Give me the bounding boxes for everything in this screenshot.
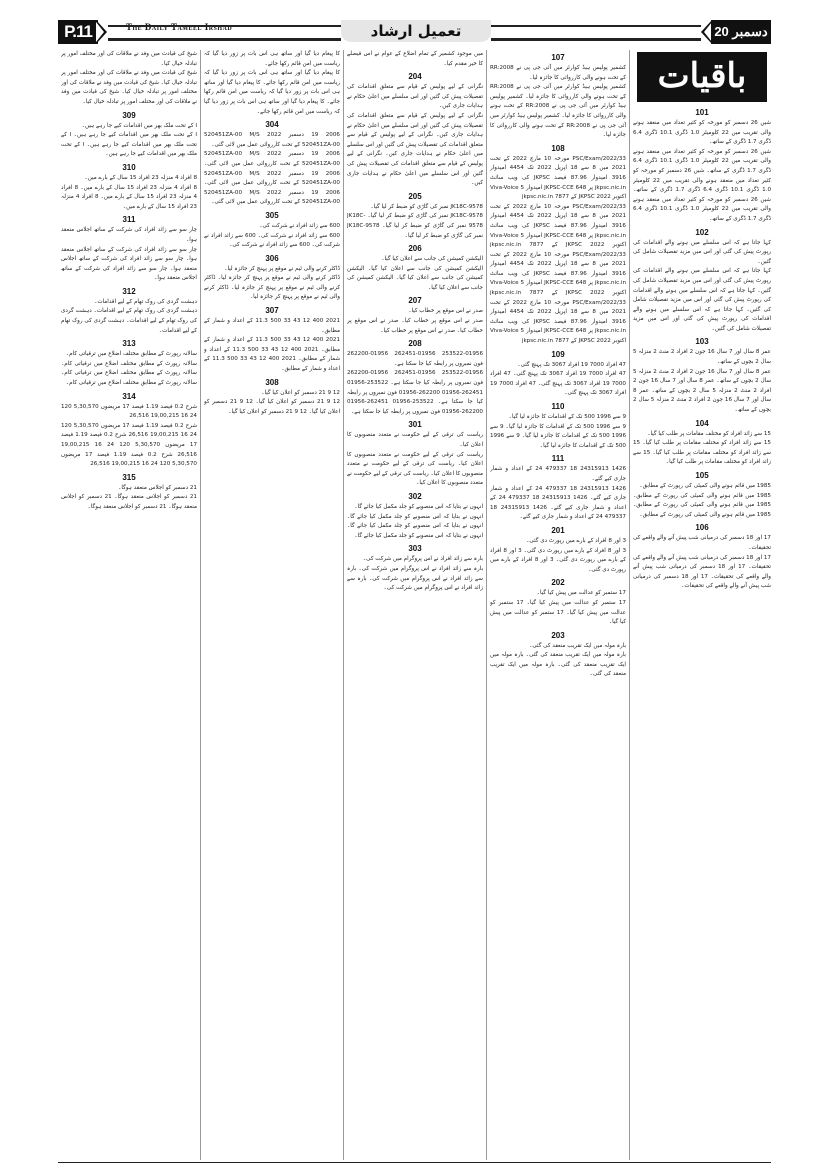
article-text-continued: 17 ستمبر کو عدالت میں پیش کیا گیا۔ 17 ست…: [490, 599, 626, 628]
article-text: 3 اور 8 افراد کے بارے میں رپورٹ دی گئی۔: [490, 537, 626, 547]
article-section: 311چار سو سے زائد افراد کی شرکت کے ساتھ …: [61, 215, 197, 284]
article-text: 9 سے 1996 500 تک کے اقدامات کا جائزہ لیا…: [490, 413, 626, 423]
section-number: 207: [347, 296, 483, 305]
section-number: 304: [204, 120, 340, 129]
article-text: I کے تحت ملک بھر میں اقدامات کیے جا رہے …: [61, 122, 197, 132]
article-text-continued: 253522-01956 262451-01956 262200-01956 ف…: [347, 369, 483, 417]
article-section: 3042006 19 دسمبر 2022 520451ZA-00 M/S 52…: [204, 120, 340, 208]
article-text: عمر 8 سال اور 7 سال 16 جون 2 افراد 2 منٹ…: [633, 348, 771, 367]
column-divider: [629, 50, 630, 1160]
article-text-continued: 8 افراد 4 منزلہ 23 افراد 15 سال کے بارے …: [61, 184, 197, 213]
article-text: انہوں نے بتایا کہ اس منصوبے کو جلد مکمل …: [347, 503, 483, 513]
section-number: 303: [347, 544, 483, 553]
section-number: 105: [633, 471, 771, 480]
section-number: 102: [633, 228, 771, 237]
article-section: 20217 ستمبر کو عدالت میں پیش کیا گیا۔17 …: [490, 578, 626, 627]
article-text: 12 9 21 دسمبر کو اعلان کیا گیا۔: [204, 389, 340, 399]
article-text-continued: PSC/Exam/2022/33 مورخہ 10 مارچ 2022 کے ت…: [490, 203, 626, 347]
section-number: 208: [347, 339, 483, 348]
column-divider: [486, 50, 487, 1160]
article-text: دہشت گردی کی روک تھام کے لیے اقدامات۔: [61, 298, 197, 308]
column-divider: [200, 50, 201, 1160]
article-section: 205JK18C-9578 نمبر کی گاڑی کو ضبط کر لیا…: [347, 192, 483, 241]
article-section: 31521 دسمبر کو اجلاس منعقد ہوگا۔21 دسمبر…: [61, 473, 197, 513]
article-text: نگرانی کے لیے پولیس کے قیام سے متعلق اقد…: [347, 83, 483, 112]
article-text: میں موجود کشمیر کے تمام اضلاع کے عوام نے…: [347, 50, 483, 69]
article-text: PSC/Exam/2022/33 مورخہ 10 مارچ 2022 کے ت…: [490, 155, 626, 203]
article-text-continued: 17 اور 18 دسمبر کی درمیانی شب پیش آنے وا…: [633, 554, 771, 592]
article-text: 1426 24315913 18 479337 24 کے اعداد و شم…: [490, 465, 626, 484]
article-text: 47 افراد 7000 19 افراد 3067 تک پہنچ گئی۔: [490, 361, 626, 371]
article-section: 3072021 400 12 43 33 500 11.3 کے اعداد و…: [204, 306, 340, 375]
newspaper-page: P.11 The Daily Tameel Irshad تعمیل ارشاد…: [58, 20, 771, 1166]
article-text-continued: نگرانی کے لیے پولیس کے قیام سے متعلق اقد…: [347, 112, 483, 189]
masthead-rule-right: [491, 25, 701, 27]
article-text: 8 افراد 4 منزلہ 23 افراد 15 سال کے بارے …: [61, 174, 197, 184]
article-section: 203بارہ مولہ میں ایک تقریب منعقد کی گئی۔…: [490, 631, 626, 680]
article-section: 207صدر نے اس موقع پر خطاب کیا۔صدر نے اس …: [347, 296, 483, 336]
section-number: 301: [347, 420, 483, 429]
article-text-continued: 600 سے زائد افراد نے شرکت کی۔ 600 سے زائ…: [204, 232, 340, 251]
article-text-continued: 15 سے زائد افراد کو مختلف مقامات پر طلب …: [633, 439, 771, 468]
paper-name: The Daily Tameel Irshad: [126, 22, 232, 32]
page-bottom-rule: [58, 1162, 771, 1163]
article-text-continued: 3 اور 8 افراد کے بارے میں رپورٹ دی گئی۔ …: [490, 547, 626, 576]
article-section: 313سالانہ رپورٹ کے مطابق مختلف اضلاع میں…: [61, 339, 197, 388]
article-text: چار سو سے زائد افراد کی شرکت کے ساتھ اجل…: [61, 226, 197, 245]
article-text: 600 سے زائد افراد نے شرکت کی۔: [204, 222, 340, 232]
article-section: 30812 9 21 دسمبر کو اعلان کیا گیا۔12 9 2…: [204, 378, 340, 418]
article-section: 208253522-01956 262451-01956 262200-0195…: [347, 339, 483, 417]
article-section: 301ریاست کی ترقی کے لیے حکومت نے متعدد م…: [347, 420, 483, 489]
masthead-rule-left: [108, 25, 341, 27]
page-number-badge: P.11: [58, 20, 98, 44]
article-text-continued: 21 دسمبر کو اجلاس منعقد ہوگا۔ 21 دسمبر ک…: [61, 493, 197, 512]
section-number: 110: [490, 402, 626, 411]
article-text-continued: بارہ سے زائد افراد نے اس پروگرام میں شرک…: [347, 565, 483, 594]
article-text: JK18C-9578 نمبر کی گاڑی کو ضبط کر لیا گی…: [347, 203, 483, 213]
article-section: 314شرح 0.2 فیصد 1.19 فیصد 17 مریضوں 5,30…: [61, 392, 197, 470]
section-number: 312: [61, 287, 197, 296]
article-section: 206الیکشن کمیشن کی جانب سے اعلان کیا گیا…: [347, 244, 483, 293]
section-number: 203: [490, 631, 626, 640]
article-section: 108PSC/Exam/2022/33 مورخہ 10 مارچ 2022 ک…: [490, 144, 626, 347]
article-section: کا پیغام دیا گیا اور ساتھ ہی اس بات پر ز…: [204, 50, 340, 117]
article-text-continued: 1426 24315913 18 479337 24 کے اعداد و شم…: [490, 485, 626, 523]
article-text: شرح 0.2 فیصد 1.19 فیصد 17 مریضوں 5,30,57…: [61, 403, 197, 422]
article-section: شیخ کی قیادت میں وفد نے ملاقات کی اور مخ…: [61, 50, 197, 108]
column-left: شیخ کی قیادت میں وفد نے ملاقات کی اور مخ…: [61, 50, 197, 1160]
article-text: 2006 19 دسمبر 2022 520451ZA-00 M/S 52045…: [204, 131, 340, 150]
section-number: 107: [490, 53, 626, 62]
article-text: بارہ مولہ میں ایک تقریب منعقد کی گئی۔: [490, 642, 626, 652]
article-text-continued: JK18C-9578 نمبر کی گاڑی کو ضبط کر لیا گی…: [347, 212, 483, 241]
article-text: 15 سے زائد افراد کو مختلف مقامات پر طلب …: [633, 430, 771, 440]
article-section: 305600 سے زائد افراد نے شرکت کی۔600 سے ز…: [204, 211, 340, 251]
masthead-rule-right-thick: [491, 38, 701, 41]
article-section: 309I کے تحت ملک بھر میں اقدامات کیے جا ر…: [61, 111, 197, 160]
article-text: صدر نے اس موقع پر خطاب کیا۔: [347, 307, 483, 317]
section-number: 106: [633, 523, 771, 532]
baqiyat-heading: باقیات: [637, 52, 767, 102]
article-text-continued: کشمیر پولیس ہیڈ کوارٹر میں آئی جی پی نے …: [490, 83, 626, 141]
article-text-continued: چار سو سے زائد افراد کی شرکت کے ساتھ اجل…: [61, 246, 197, 284]
section-number: 108: [490, 144, 626, 153]
article-text-continued: 1985 میں قائم ہونے والی کمیٹی کی رپورٹ ک…: [633, 492, 771, 521]
article-section: 204نگرانی کے لیے پولیس کے قیام سے متعلق …: [347, 72, 483, 189]
article-text-continued: 9 سے 1996 500 تک کے اقدامات کا جائزہ لیا…: [490, 423, 626, 452]
section-number: 111: [490, 454, 626, 463]
article-section: 302انہوں نے بتایا کہ اس منصوبے کو جلد مک…: [347, 492, 483, 541]
article-section: 107کشمیر پولیس ہیڈ کوارٹر میں آئی جی پی …: [490, 53, 626, 141]
article-section: 103 عمر 8 سال اور 7 سال 16 جون 2 افراد 2…: [633, 337, 771, 415]
section-number: 305: [204, 211, 340, 220]
article-text: ریاست کی ترقی کے لیے حکومت نے متعدد منصو…: [347, 431, 483, 450]
column-4: 107کشمیر پولیس ہیڈ کوارٹر میں آئی جی پی …: [490, 50, 626, 1160]
section-number: 311: [61, 215, 197, 224]
article-section: 1111426 24315913 18 479337 24 کے اعداد و…: [490, 454, 626, 523]
article-text: 1985 میں قائم ہونے والی کمیٹی کی رپورٹ ک…: [633, 482, 771, 492]
column-2: کا پیغام دیا گیا اور ساتھ ہی اس بات پر ز…: [204, 50, 340, 1160]
section-number: 201: [490, 526, 626, 535]
article-text: کہا جاتا ہے کہ اس سلسلے میں ہونے والے اق…: [633, 239, 771, 268]
section-number: 104: [633, 419, 771, 428]
article-text: کا پیغام دیا گیا اور ساتھ ہی اس بات پر ز…: [204, 50, 340, 69]
article-text-continued: الیکشن کمیشن کی جانب سے اعلان کیا گیا۔ ا…: [347, 265, 483, 294]
article-text: کشمیر پولیس ہیڈ کوارٹر میں آئی جی پی نے …: [490, 64, 626, 83]
issue-date: 20 دسمبر 2022: [711, 20, 771, 44]
article-section: 306ڈاکٹر کرنے والی ٹیم نے موقع پر پہنچ ک…: [204, 254, 340, 303]
article-section: 1109 سے 1996 500 تک کے اقدامات کا جائزہ …: [490, 402, 626, 451]
section-title: تعمیل ارشاد: [341, 20, 491, 42]
article-section: 312دہشت گردی کی روک تھام کے لیے اقدامات۔…: [61, 287, 197, 336]
article-text-continued: دہشت گردی کی روک تھام کے لیے اقدامات۔ دہ…: [61, 307, 197, 336]
article-section: 3108 افراد 4 منزلہ 23 افراد 15 سال کے با…: [61, 163, 197, 212]
article-text-continued: سالانہ رپورٹ کے مطابق مختلف اضلاع میں تر…: [61, 360, 197, 389]
article-text: 17 ستمبر کو عدالت میں پیش کیا گیا۔: [490, 589, 626, 599]
section-number: 205: [347, 192, 483, 201]
article-section: 105 1985 میں قائم ہونے والی کمیٹی کی رپو…: [633, 471, 771, 520]
article-text-continued: I کے تحت ملک بھر میں اقدامات کیے جا رہے …: [61, 131, 197, 160]
section-number: 202: [490, 578, 626, 587]
article-text-continued: ریاست کی ترقی کے لیے حکومت نے متعدد منصو…: [347, 451, 483, 489]
article-text-continued: 2006 19 دسمبر 2022 520451ZA-00 M/S 52045…: [204, 150, 340, 208]
section-number: 101: [633, 108, 771, 117]
section-number: 313: [61, 339, 197, 348]
article-text-continued: کا پیغام دیا گیا اور ساتھ ہی اس بات پر ز…: [204, 69, 340, 117]
section-number: 315: [61, 473, 197, 482]
article-text-continued: صدر نے اس موقع پر خطاب کیا۔ صدر نے اس مو…: [347, 317, 483, 336]
article-section: 303بارہ سے زائد افراد نے اس پروگرام میں …: [347, 544, 483, 593]
article-text: بارہ سے زائد افراد نے اس پروگرام میں شرک…: [347, 555, 483, 565]
masthead: P.11 The Daily Tameel Irshad تعمیل ارشاد…: [58, 20, 771, 44]
article-section: میں موجود کشمیر کے تمام اضلاع کے عوام نے…: [347, 50, 483, 69]
article-text: شیخ کی قیادت میں وفد نے ملاقات کی اور مخ…: [61, 50, 197, 69]
masthead-rule-left-thick: [108, 38, 341, 41]
article-text-continued: انہوں نے بتایا کہ اس منصوبے کو جلد مکمل …: [347, 513, 483, 542]
article-section: 101 شیں 26 دسمبر کو مورخہ کو کثیر تعداد …: [633, 108, 771, 225]
article-text-continued: کہا جاتا ہے کہ اس سلسلے میں ہونے والے اق…: [633, 267, 771, 334]
section-number: 307: [204, 306, 340, 315]
section-number: 306: [204, 254, 340, 263]
article-text-continued: بارہ مولہ میں ایک تقریب منعقد کی گئی۔ با…: [490, 651, 626, 680]
article-text: 2021 400 12 43 33 500 11.3 کے اعداد و شم…: [204, 317, 340, 336]
column-baqiyat: باقیات 101 شیں 26 دسمبر کو مورخہ کو کثیر…: [633, 50, 771, 1160]
article-section: 10947 افراد 7000 19 افراد 3067 تک پہنچ گ…: [490, 350, 626, 399]
section-number: 109: [490, 350, 626, 359]
article-text: سالانہ رپورٹ کے مطابق مختلف اضلاع میں تر…: [61, 350, 197, 360]
article-text: 21 دسمبر کو اجلاس منعقد ہوگا۔: [61, 484, 197, 494]
section-number: 308: [204, 378, 340, 387]
article-text-continued: 47 افراد 7000 19 افراد 3067 تک پہنچ گئی۔…: [490, 370, 626, 399]
section-number: 314: [61, 392, 197, 401]
article-text-continued: شیخ کی قیادت میں وفد نے ملاقات کی اور مخ…: [61, 69, 197, 107]
article-text-continued: 2021 400 12 43 33 500 11.3 کے اعداد و شم…: [204, 336, 340, 374]
section-number: 309: [61, 111, 197, 120]
article-text-continued: 12 9 21 دسمبر کو اعلان کیا گیا۔ 12 9 21 …: [204, 398, 340, 417]
article-text-continued: ڈاکٹر کرنے والی ٹیم نے موقع پر پہنچ کر ج…: [204, 274, 340, 303]
column-divider: [343, 50, 344, 1160]
article-section: 104 15 سے زائد افراد کو مختلف مقامات پر …: [633, 419, 771, 468]
article-section: 2013 اور 8 افراد کے بارے میں رپورٹ دی گئ…: [490, 526, 626, 575]
article-text: ڈاکٹر کرنے والی ٹیم نے موقع پر پہنچ کر ج…: [204, 265, 340, 275]
article-text: 17 اور 18 دسمبر کی درمیانی شب پیش آنے وا…: [633, 534, 771, 553]
column-center: میں موجود کشمیر کے تمام اضلاع کے عوام نے…: [347, 50, 483, 1160]
article-section: 102 کہا جاتا ہے کہ اس سلسلے میں ہونے وال…: [633, 228, 771, 335]
article-text: شیں 26 دسمبر کو مورخہ کو کثیر تعداد میں …: [633, 119, 771, 148]
article-text-continued: عمر 8 سال اور 7 سال 16 جون 2 افراد 2 منٹ…: [633, 368, 771, 416]
section-number: 204: [347, 72, 483, 81]
section-number: 206: [347, 244, 483, 253]
article-text: 253522-01956 262451-01956 262200-01956 ف…: [347, 350, 483, 369]
article-section: 106 17 اور 18 دسمبر کی درمیانی شب پیش آن…: [633, 523, 771, 592]
section-number: 310: [61, 163, 197, 172]
page-number-arrow-inner: [96, 22, 104, 42]
section-number: 103: [633, 337, 771, 346]
article-text-continued: شیں 26 دسمبر کو مورخہ کو کثیر تعداد میں …: [633, 148, 771, 225]
article-text: الیکشن کمیشن کی جانب سے اعلان کیا گیا۔: [347, 255, 483, 265]
article-text-continued: شرح 0.2 فیصد 1.19 فیصد 17 مریضوں 5,30,57…: [61, 422, 197, 470]
section-number: 302: [347, 492, 483, 501]
